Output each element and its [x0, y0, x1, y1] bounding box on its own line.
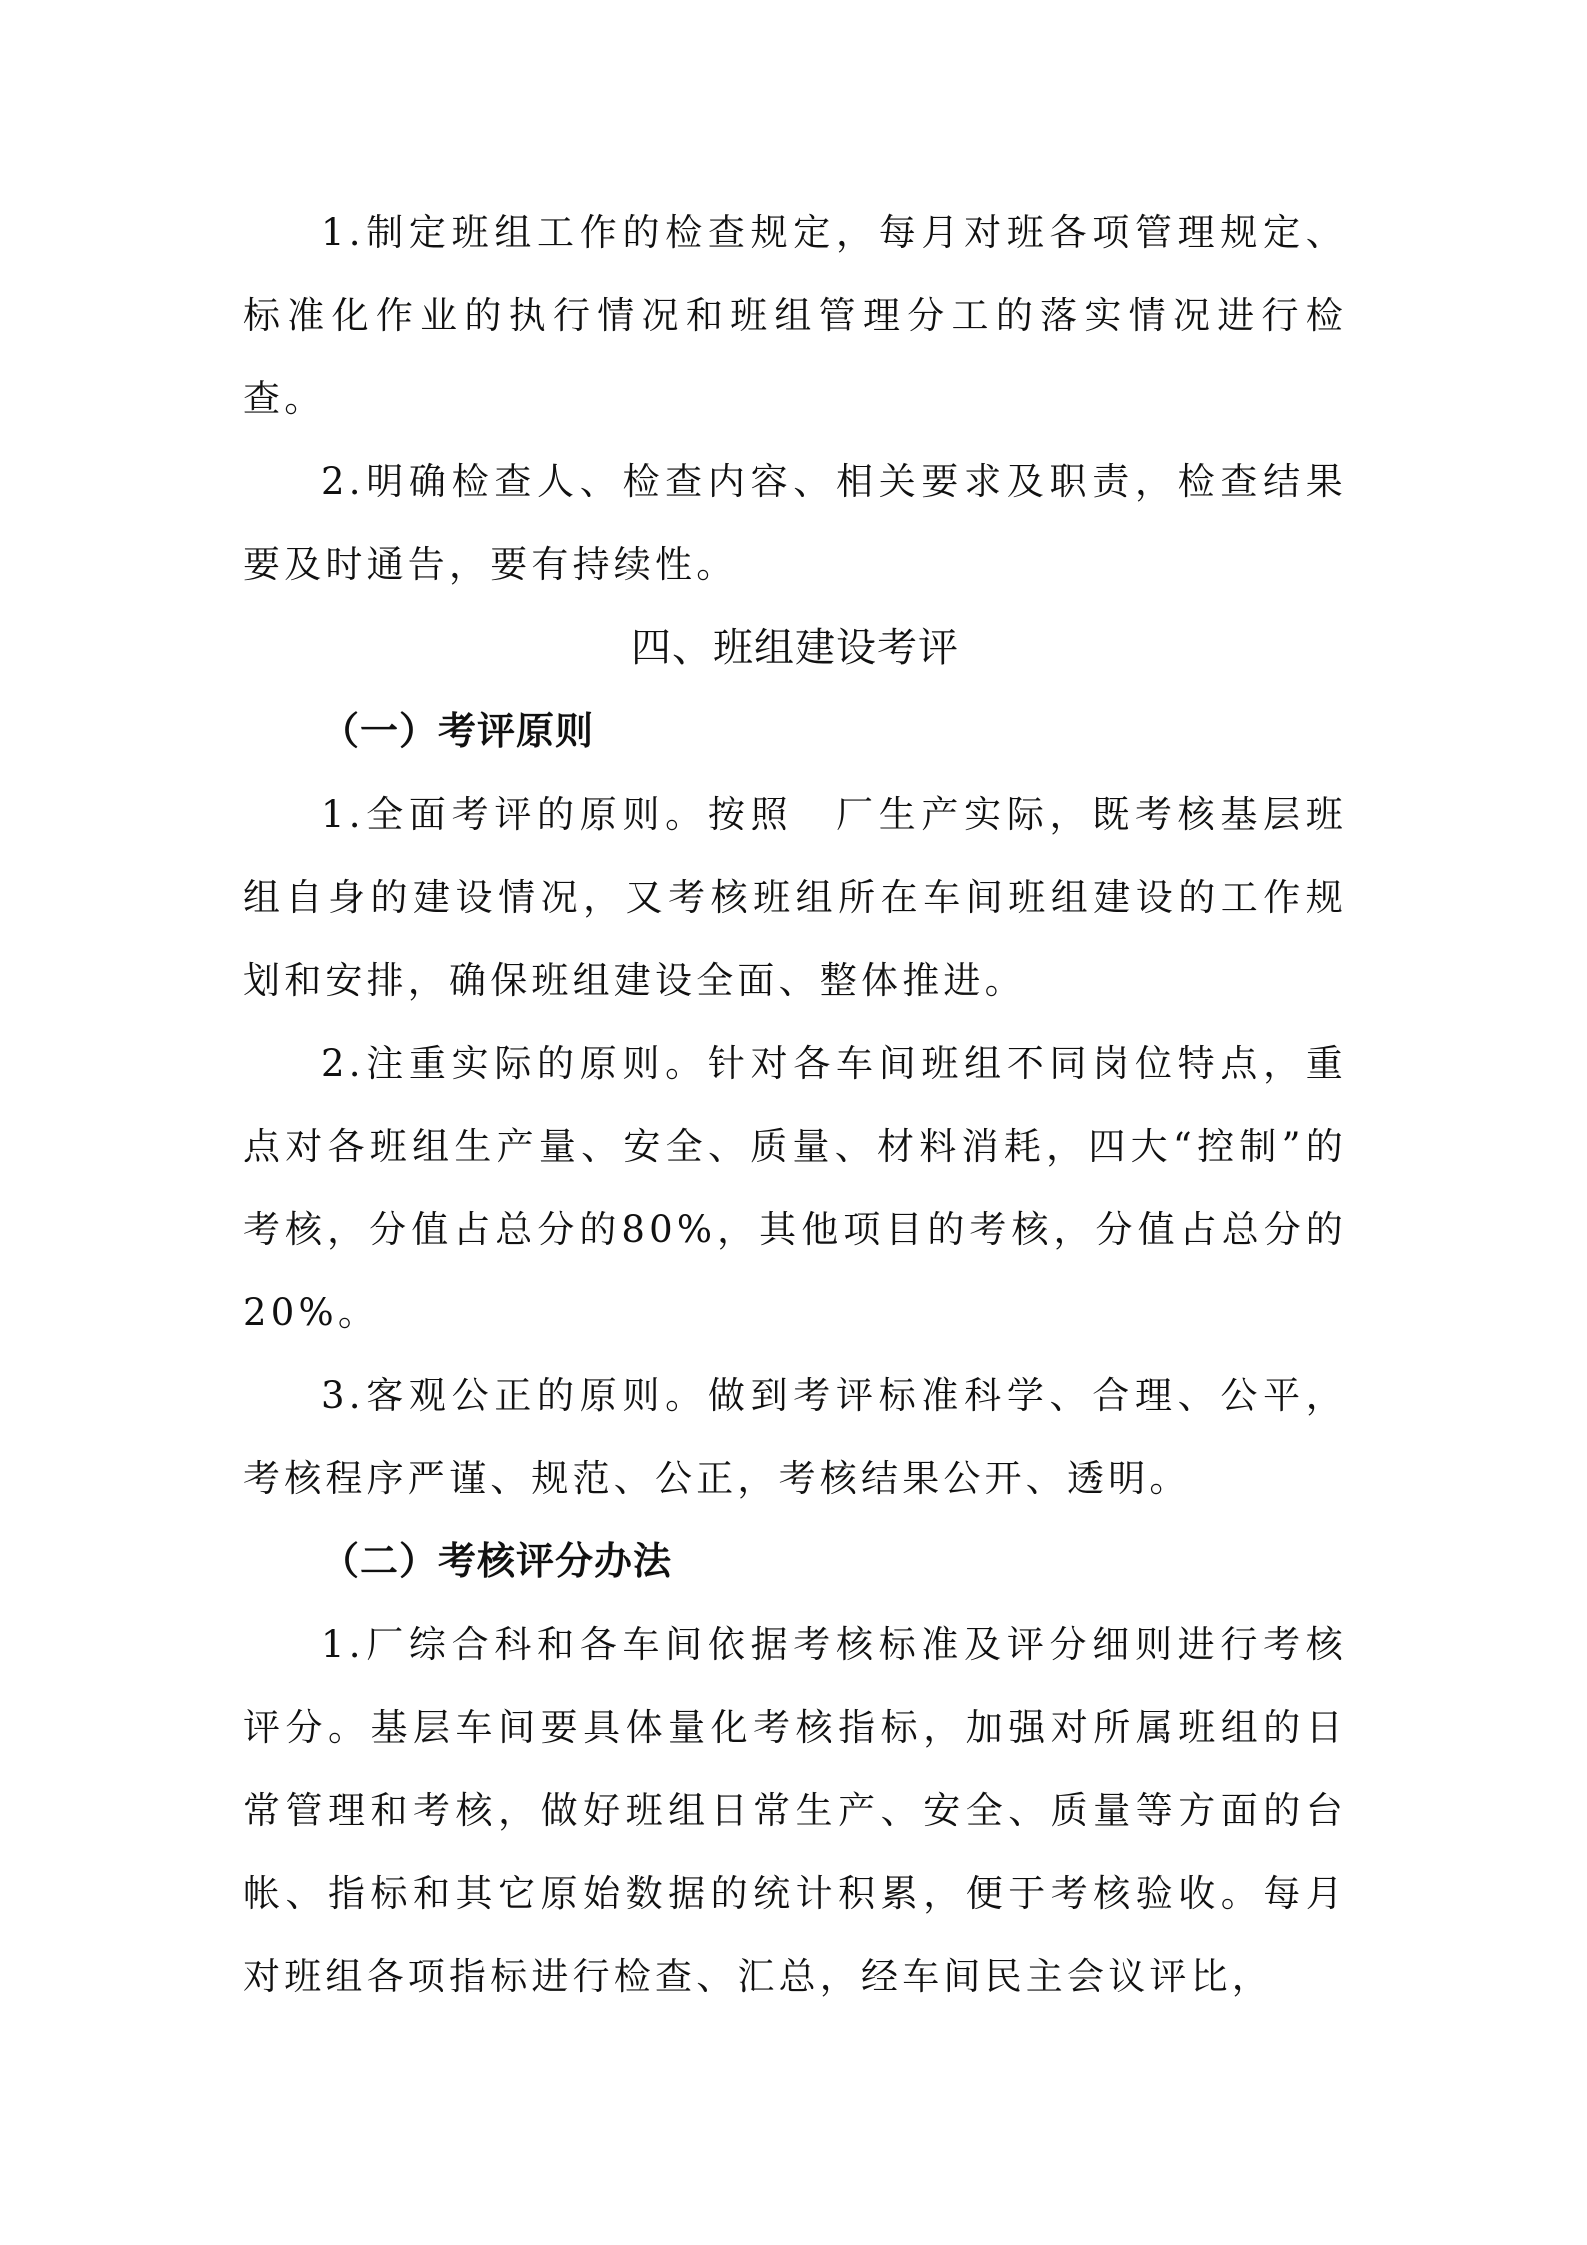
paragraph-check-rule-1: 1.制定班组工作的检查规定，每月对班各项管理规定、标准化作业的执行情况和班组管理…	[243, 191, 1347, 440]
paragraph-principle-2: 2.注重实际的原则。针对各车间班组不同岗位特点，重点对各班组生产量、安全、质量、…	[243, 1022, 1347, 1354]
paragraph-principle-1: 1.全面考评的原则。按照 厂生产实际，既考核基层班组自身的建设情况，又考核班组所…	[243, 773, 1347, 1022]
section-heading: 四、班组建设考评	[243, 606, 1347, 690]
paragraph-check-rule-2: 2.明确检查人、检查内容、相关要求及职责，检查结果要及时通告，要有持续性。	[243, 440, 1347, 606]
subsection-heading-scoring: （二）考核评分办法	[243, 1520, 1347, 1603]
paragraph-scoring-1: 1.厂综合科和各车间依据考核标准及评分细则进行考核评分。基层车间要具体量化考核指…	[243, 1603, 1347, 2018]
subsection-heading-principles: （一）考评原则	[243, 690, 1347, 773]
paragraph-principle-3: 3.客观公正的原则。做到考评标准科学、合理、公平，考核程序严谨、规范、公正，考核…	[243, 1354, 1347, 1520]
document-page: 1.制定班组工作的检查规定，每月对班各项管理规定、标准化作业的执行情况和班组管理…	[243, 191, 1347, 2018]
